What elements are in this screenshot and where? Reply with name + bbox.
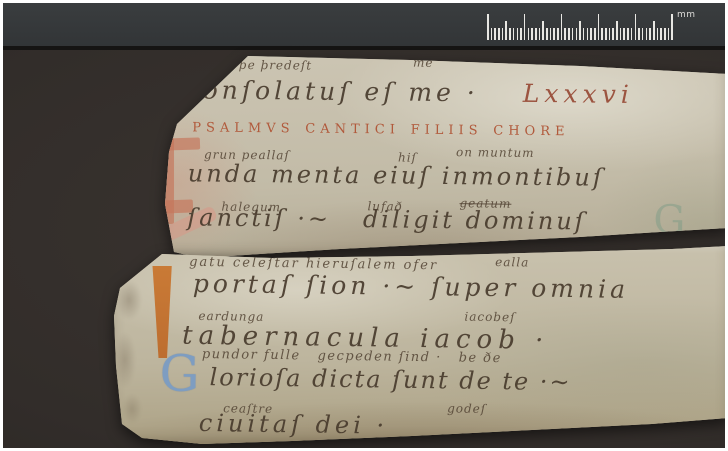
scale-tick <box>653 21 655 40</box>
scale-tick <box>590 28 592 40</box>
scale-tick <box>564 28 566 40</box>
scale-tick <box>505 21 507 40</box>
scale-unit-label: mm <box>677 10 696 20</box>
scale-tick <box>498 28 500 40</box>
parchment-top: þe þredeſt me conſolatuſ eſ me · Lxxxvi … <box>160 52 725 264</box>
scale-tick <box>635 14 637 40</box>
scale-tick <box>627 28 629 40</box>
parchment-bottom: gatu celeſtar hieruſalem ofer ealla port… <box>112 246 725 448</box>
latin-text-line: ſanctiſ ·~ diligit dominuſ <box>187 203 587 235</box>
scale-tick <box>550 28 552 40</box>
scale-tick <box>649 28 651 40</box>
scale-tick <box>646 28 648 40</box>
manuscript-fragment-bottom: gatu celeſtar hieruſalem ofer ealla port… <box>112 246 725 448</box>
scale-tick <box>664 28 666 40</box>
latin-text-line: lorioſa dicta ſunt de te ·~ <box>209 363 571 396</box>
scale-tick <box>531 28 533 40</box>
scale-tick <box>520 28 522 40</box>
scale-tick <box>671 14 673 40</box>
latin-verse-end: conſolatuſ eſ me · <box>185 75 479 107</box>
scale-tick <box>668 28 670 40</box>
scale-tick <box>583 28 585 40</box>
old-english-gloss: godeſ <box>447 401 486 416</box>
psalm-rubric: pſalmvs cantici filiis chore <box>192 115 569 140</box>
scale-tick <box>568 28 570 40</box>
scale-tick <box>660 28 662 40</box>
scale-tick <box>576 28 578 40</box>
scale-tick <box>557 28 559 40</box>
scale-tick <box>612 28 614 40</box>
scale-tick <box>620 28 622 40</box>
scale-tick <box>535 28 537 40</box>
scale-tick <box>542 21 544 40</box>
scale-tick <box>524 14 526 40</box>
scale-tick <box>528 28 530 40</box>
old-english-gloss: on muntum <box>456 145 535 160</box>
scale-tick <box>561 14 563 40</box>
scale-bar <box>487 14 673 40</box>
scale-tick <box>579 21 581 40</box>
manuscript-fragment-top: þe þredeſt me conſolatuſ eſ me · Lxxxvi … <box>160 52 725 264</box>
camera-top-bar: mm <box>3 3 725 50</box>
scale-tick <box>587 28 589 40</box>
scale-tick <box>594 28 596 40</box>
scale-tick <box>572 28 574 40</box>
scale-tick <box>598 14 600 40</box>
scale-tick <box>539 28 541 40</box>
scale-tick <box>638 28 640 40</box>
old-english-gloss: me <box>413 56 434 70</box>
text-layer-bottom: gatu celeſtar hieruſalem ofer ealla port… <box>112 246 725 448</box>
scale-tick <box>513 28 515 40</box>
latin-text-line: ciuitaſ dei · <box>199 409 389 440</box>
latin-text-line: conſolatuſ eſ me · Lxxxvi <box>185 75 634 109</box>
latin-text-line: portaſ ſion ·~ ſuper omnia <box>193 269 630 304</box>
old-english-gloss: iacobeſ <box>464 310 515 325</box>
illuminated-initial-g: G <box>159 348 200 399</box>
scale-tick <box>546 28 548 40</box>
scale-tick <box>601 28 603 40</box>
scale-tick <box>623 28 625 40</box>
scale-tick <box>553 28 555 40</box>
text-layer-top: þe þredeſt me conſolatuſ eſ me · Lxxxvi … <box>160 52 725 264</box>
latin-text-line: unda menta eiuſ inmontibuſ <box>188 159 605 191</box>
scale-tick <box>487 14 489 40</box>
scale-tick <box>631 28 633 40</box>
scale-tick <box>494 28 496 40</box>
scale-tick <box>491 28 493 40</box>
showthrough-initial: G <box>653 200 685 240</box>
scale-tick <box>657 28 659 40</box>
scale-tick <box>517 28 519 40</box>
scale-tick <box>616 21 618 40</box>
psalm-number: Lxxxvi <box>523 79 634 109</box>
scale-tick <box>609 28 611 40</box>
scale-tick <box>502 28 504 40</box>
scale-tick <box>605 28 607 40</box>
scale-tick <box>642 28 644 40</box>
digitized-manuscript-photo: mm þe þredeſt me conſolatuſ eſ me · Lxxx… <box>0 0 728 451</box>
old-english-gloss: þe þredeſt <box>239 58 312 73</box>
photo-frame: mm þe þredeſt me conſolatuſ eſ me · Lxxx… <box>3 3 725 448</box>
old-english-gloss: ealla <box>495 255 529 269</box>
scale-tick <box>509 28 511 40</box>
